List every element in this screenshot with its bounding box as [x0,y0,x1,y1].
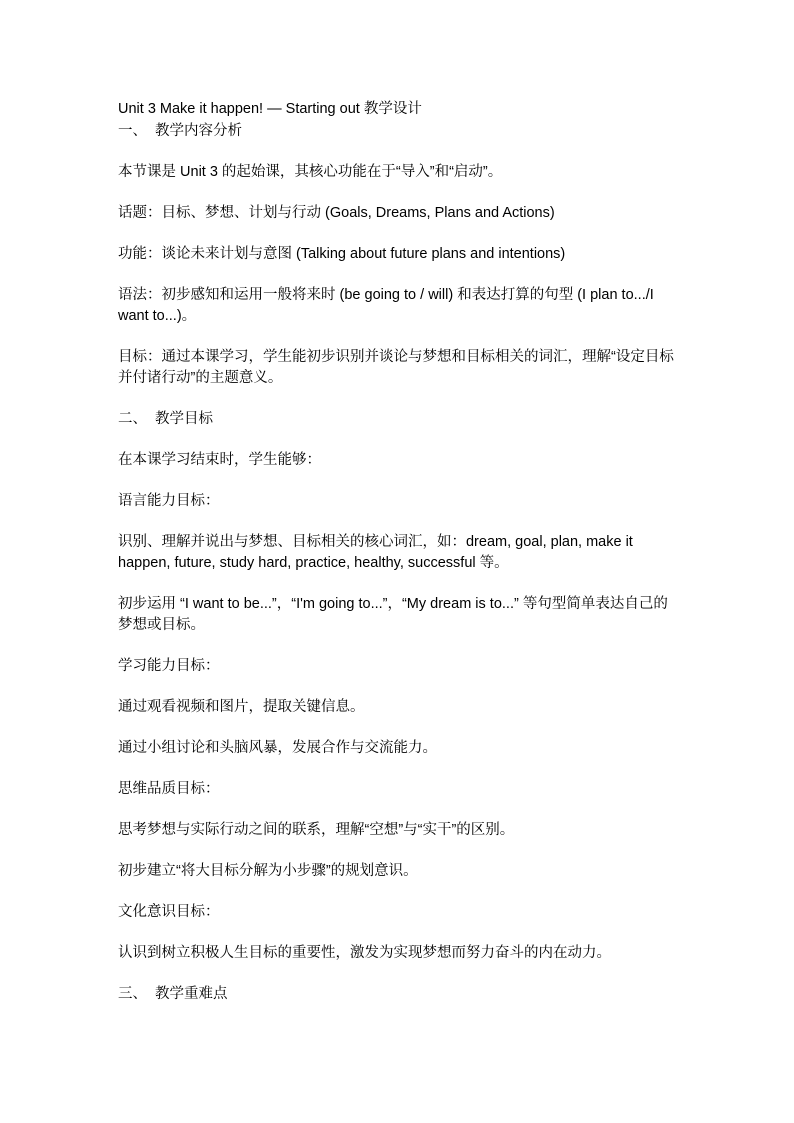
paragraph-thinking-quality-label: 思维品质目标： [118,779,678,800]
document-page: Unit 3 Make it happen! — Starting out 教学… [118,99,678,1025]
paragraph-core-vocabulary: 识别、理解并说出与梦想、目标相关的核心词汇，如：dream, goal, pla… [118,532,678,574]
paragraph-sentence-patterns: 初步运用 “I want to be...”，“I'm going to...”… [118,594,678,636]
paragraph-lesson-overview: 本节课是 Unit 3 的起始课，其核心功能在于“导入”和“启动”。 [118,162,678,183]
paragraph-video-pictures: 通过观看视频和图片，提取关键信息。 [118,697,678,718]
paragraph-function: 功能：谈论未来计划与意图 (Talking about future plans… [118,244,678,265]
paragraph-language-ability-label: 语言能力目标： [118,491,678,512]
section-heading-2: 二、 教学目标 [118,409,678,430]
document-title: Unit 3 Make it happen! — Starting out 教学… [118,99,678,120]
section-heading-3: 三、 教学重难点 [118,984,678,1005]
paragraph-cultural-awareness-label: 文化意识目标： [118,902,678,923]
paragraph-life-goals-importance: 认识到树立积极人生目标的重要性，激发为实现梦想而努力奋斗的内在动力。 [118,943,678,964]
paragraph-goal: 目标：通过本课学习，学生能初步识别并谈论与梦想和目标相关的词汇，理解“设定目标并… [118,347,678,389]
paragraph-group-discussion: 通过小组讨论和头脑风暴，发展合作与交流能力。 [118,738,678,759]
paragraph-dream-vs-action: 思考梦想与实际行动之间的联系，理解“空想”与“实干”的区别。 [118,820,678,841]
paragraph-objectives-intro: 在本课学习结束时，学生能够： [118,450,678,471]
section-heading-1: 一、 教学内容分析 [118,121,678,142]
paragraph-topic: 话题：目标、梦想、计划与行动 (Goals, Dreams, Plans and… [118,203,678,224]
paragraph-learning-ability-label: 学习能力目标： [118,656,678,677]
paragraph-goal-breakdown: 初步建立“将大目标分解为小步骤”的规划意识。 [118,861,678,882]
paragraph-grammar: 语法：初步感知和运用一般将来时 (be going to / will) 和表达… [118,285,678,327]
